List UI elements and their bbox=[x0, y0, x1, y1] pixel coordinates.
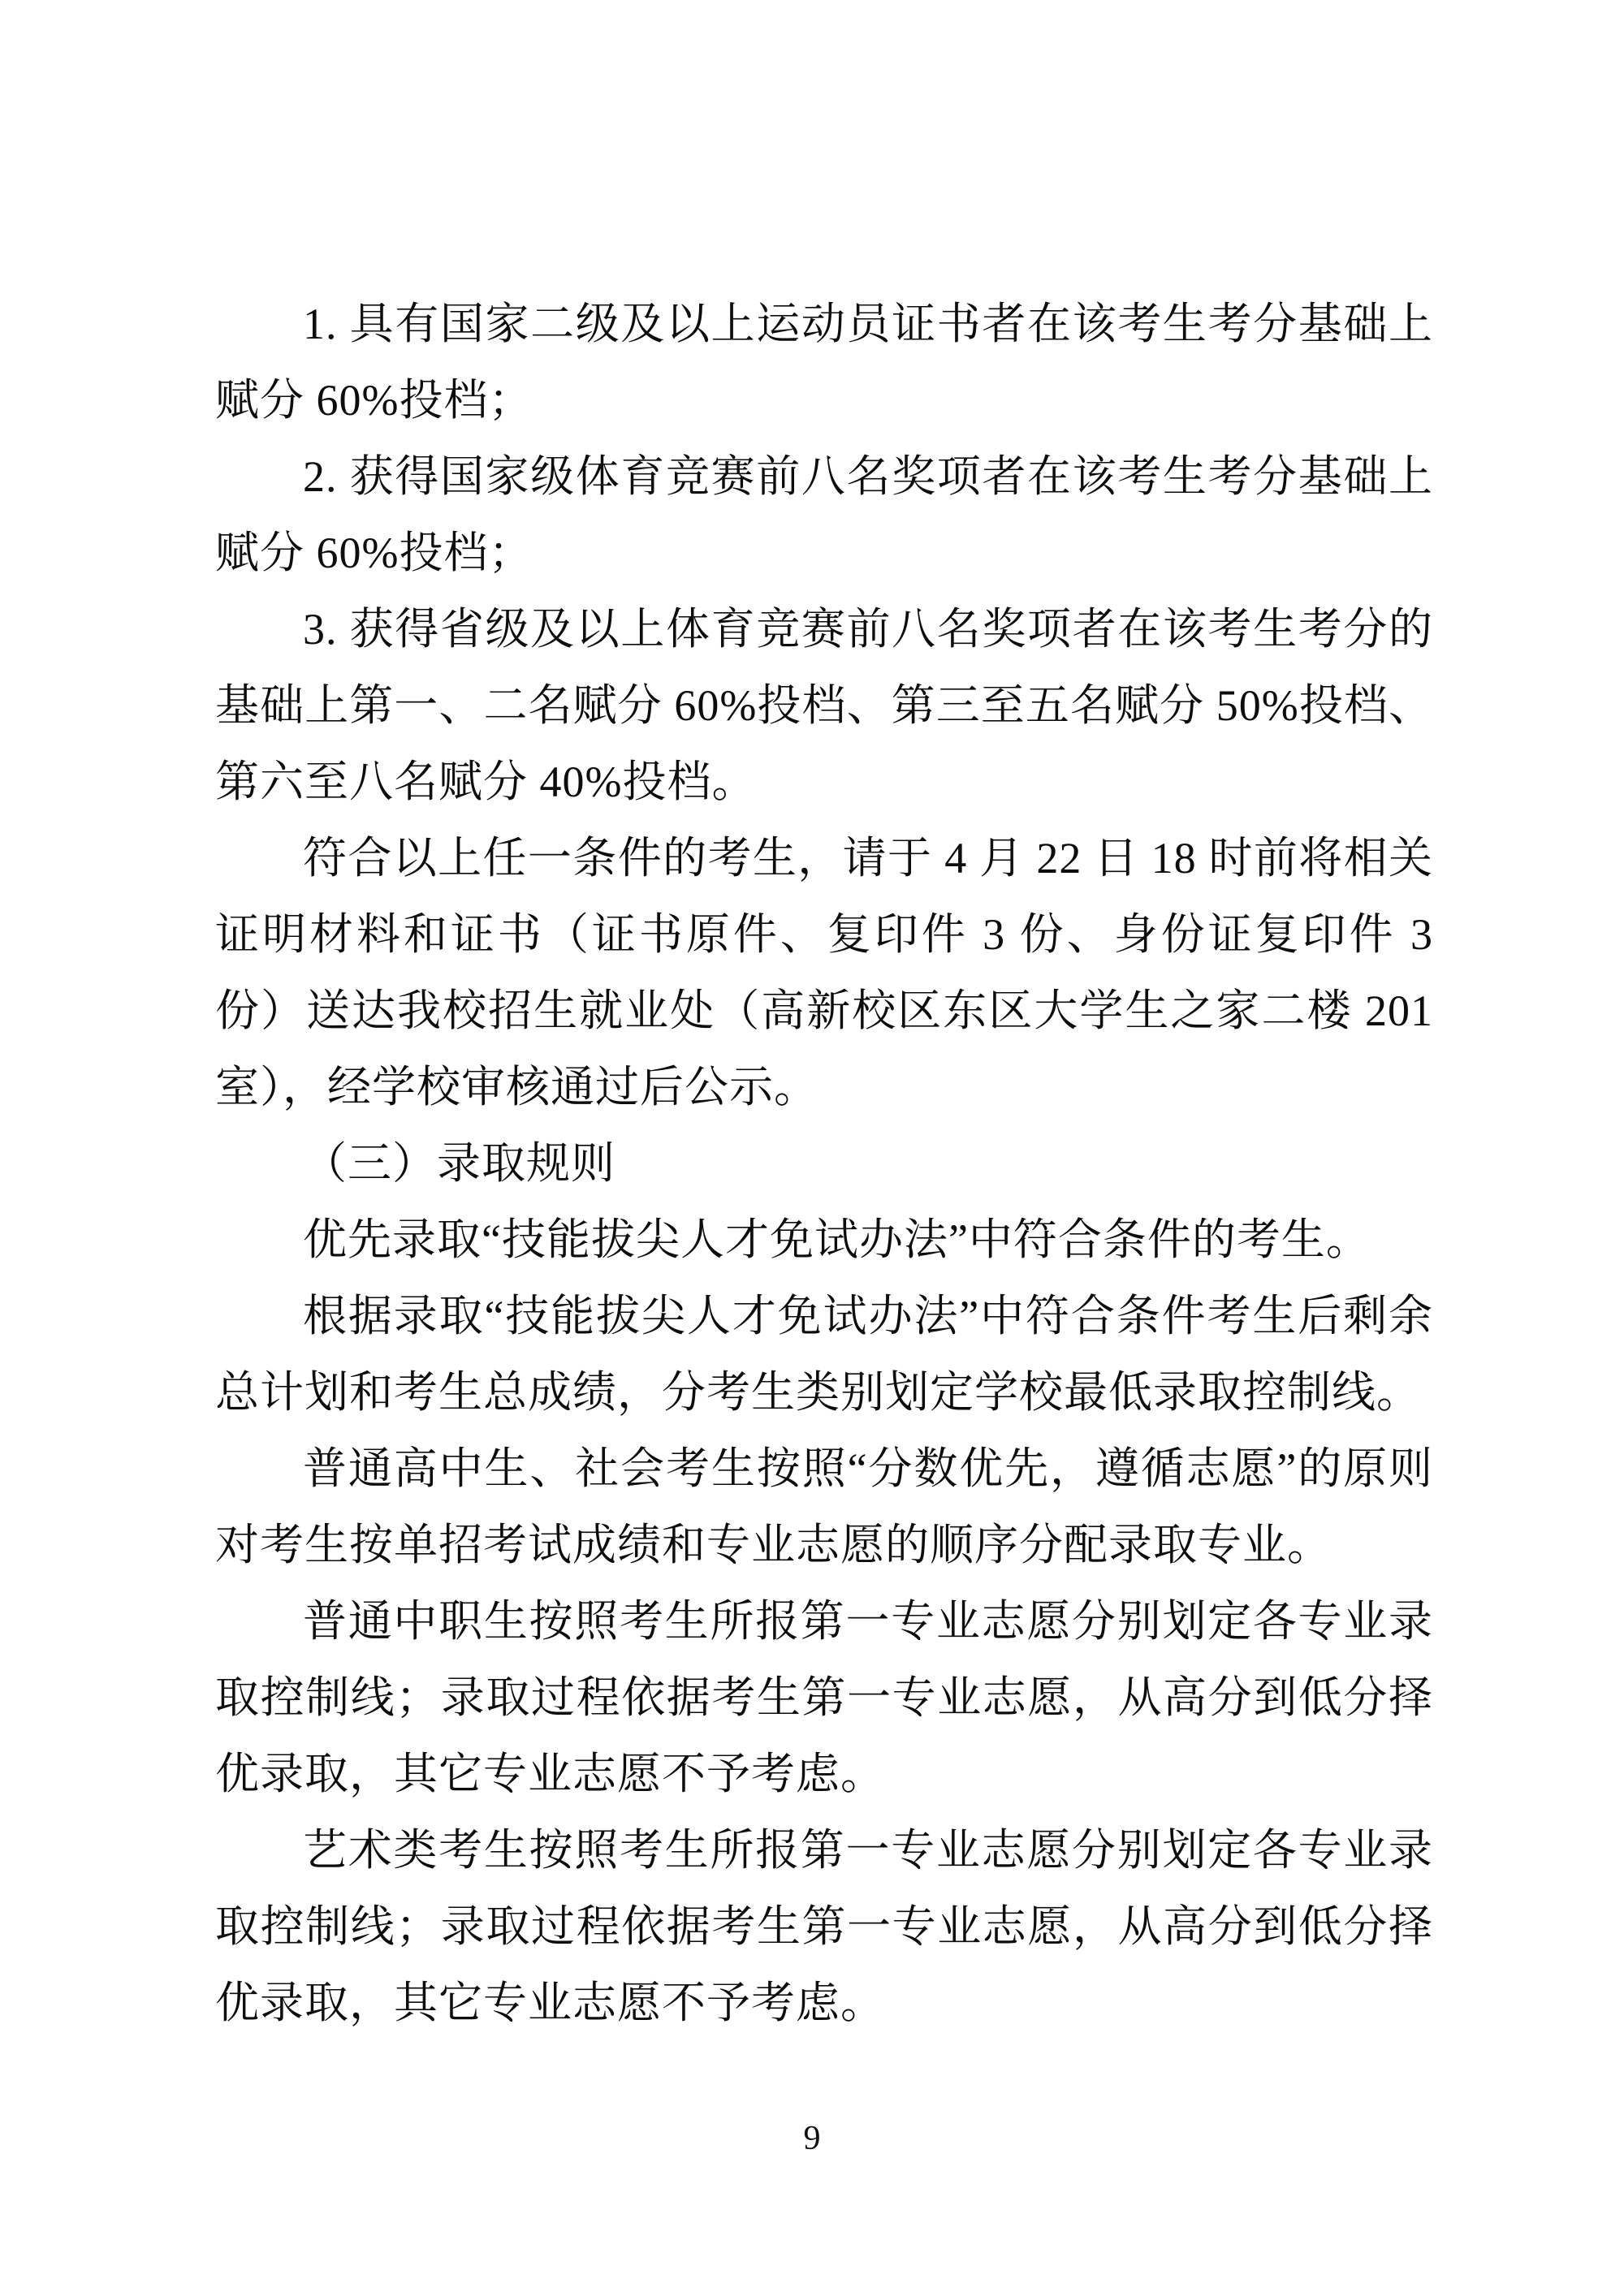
paragraph-control-line: 根据录取“技能拔尖人才免试办法”中符合条件考生后剩余总计划和考生总成绩，分考生类… bbox=[215, 1278, 1433, 1431]
paragraph-rule-1: 1. 具有国家二级及以上运动员证书者在该考生考分基础上赋分 60%投档； bbox=[215, 286, 1433, 438]
paragraph-art-students: 艺术类考生按照考生所报第一专业志愿分别划定各专业录取控制线；录取过程依据考生第一… bbox=[215, 1812, 1433, 2041]
document-page: 1. 具有国家二级及以上运动员证书者在该考生考分基础上赋分 60%投档； 2. … bbox=[0, 0, 1624, 2296]
paragraph-priority-admission: 优先录取“技能拔尖人才免试办法”中符合条件的考生。 bbox=[215, 1202, 1433, 1278]
document-body: 1. 具有国家二级及以上运动员证书者在该考生考分基础上赋分 60%投档； 2. … bbox=[215, 286, 1433, 2041]
paragraph-rule-3: 3. 获得省级及以上体育竞赛前八名奖项者在该考生考分的基础上第一、二名赋分 60… bbox=[215, 591, 1433, 820]
paragraph-general-highschool: 普通高中生、社会考生按照“分数优先，遵循志愿”的原则对考生按单招考试成绩和专业志… bbox=[215, 1431, 1433, 1583]
page-number: 9 bbox=[0, 2117, 1624, 2160]
section-heading-admission-rules: （三）录取规则 bbox=[215, 1125, 1433, 1202]
paragraph-rule-2: 2. 获得国家级体育竞赛前八名奖项者在该考生考分基础上赋分 60%投档； bbox=[215, 438, 1433, 591]
paragraph-vocational-students: 普通中职生按照考生所报第一专业志愿分别划定各专业录取控制线；录取过程依据考生第一… bbox=[215, 1583, 1433, 1812]
paragraph-submission-instructions: 符合以上任一条件的考生，请于 4 月 22 日 18 时前将相关证明材料和证书（… bbox=[215, 820, 1433, 1125]
